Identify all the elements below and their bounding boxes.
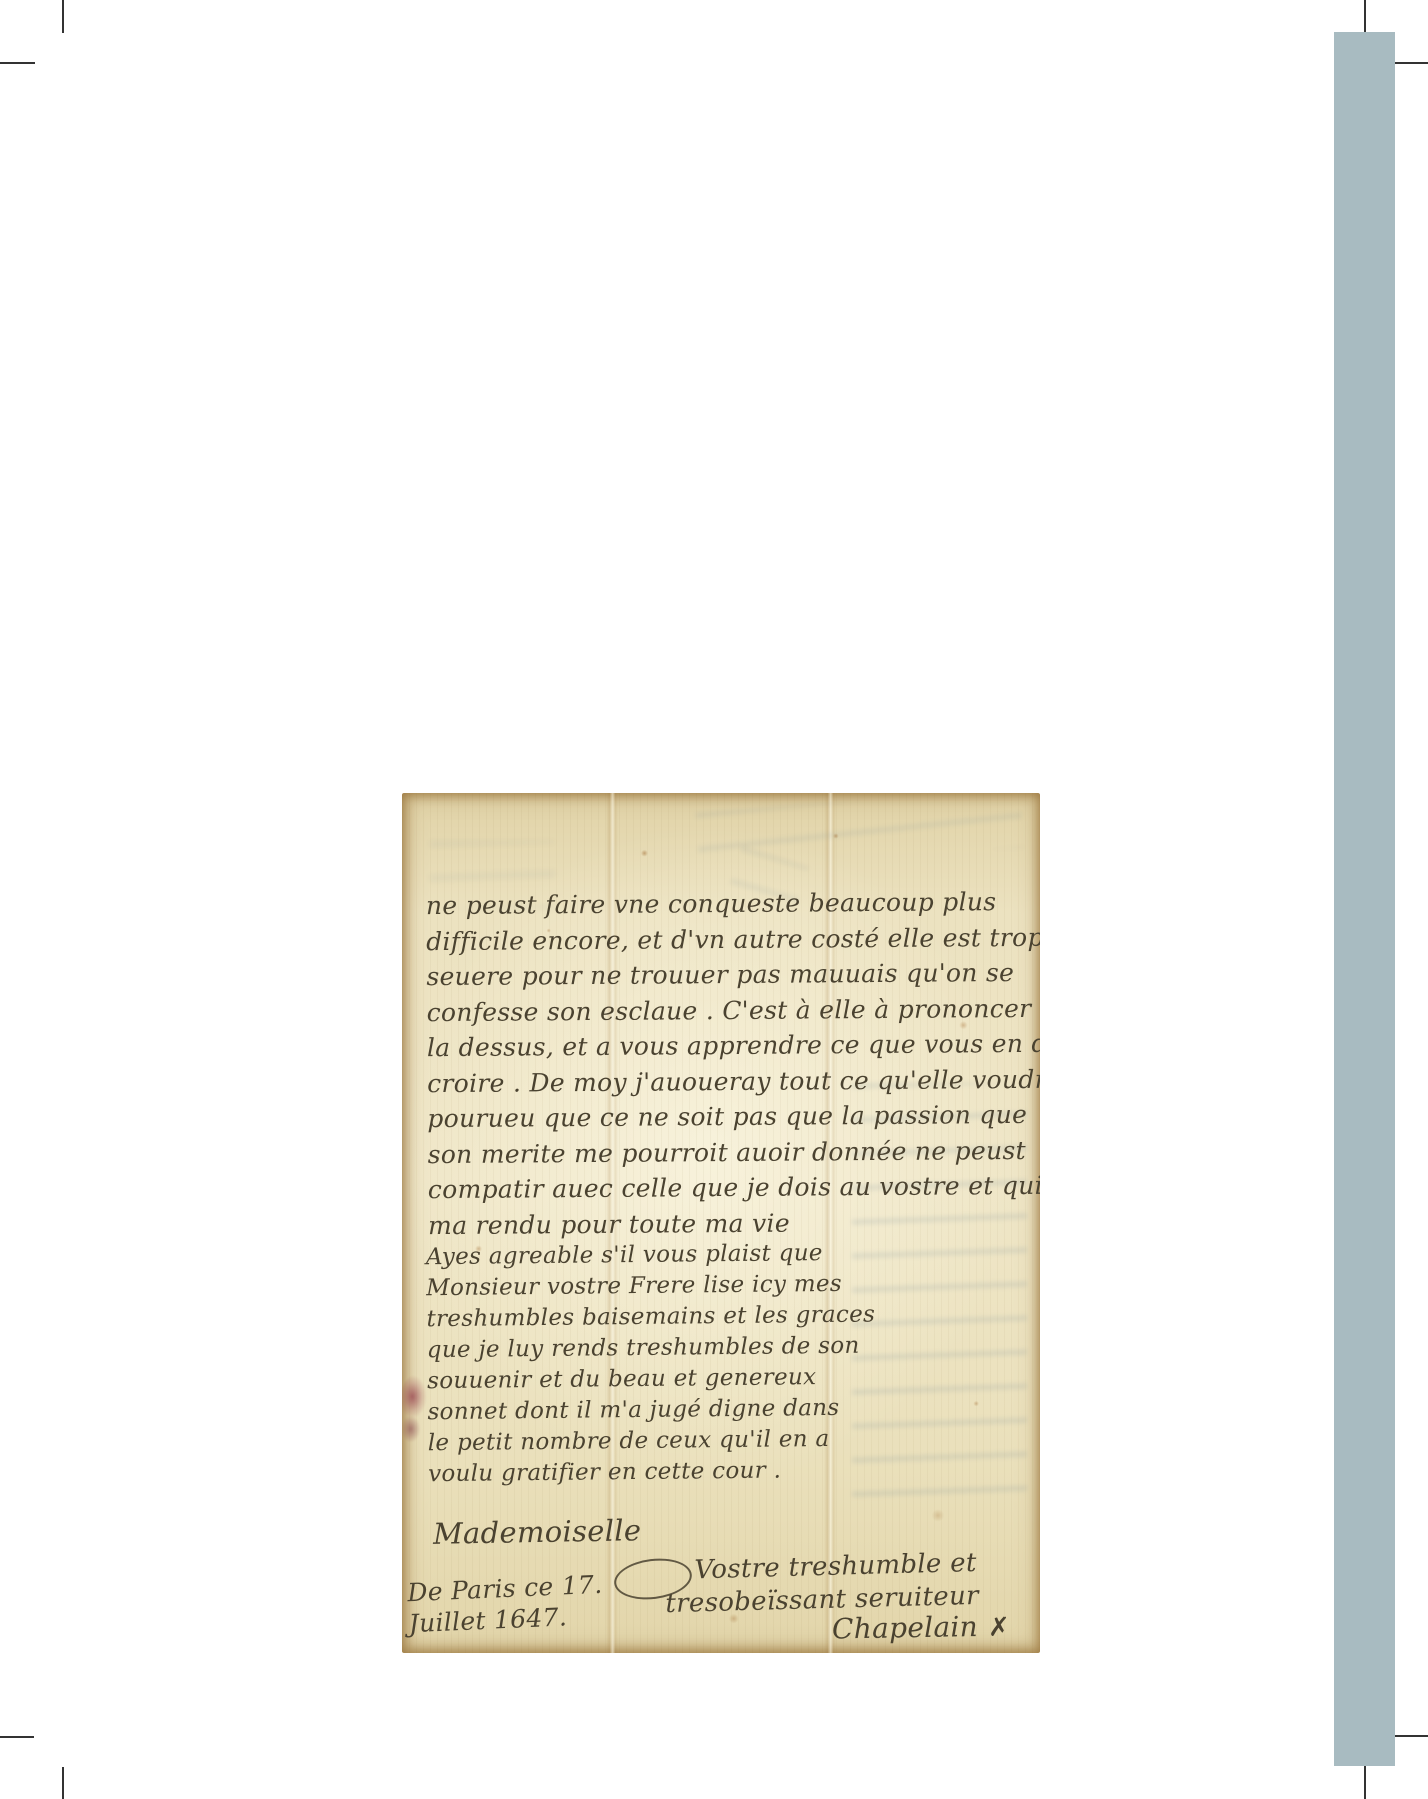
letter-line: la dessus, et a vous apprendre ce que vo… <box>427 1026 1037 1066</box>
letter-line: treshumbles baisemains et les graces <box>426 1300 846 1335</box>
letter-line: seuere pour ne trouuer pas mauuais qu'on… <box>426 955 1036 995</box>
crop-mark-bottom-left-horizontal <box>0 1736 34 1738</box>
letter-line: voulu gratifier en cette cour . <box>428 1455 848 1490</box>
letter-dateline: De Paris ce 17. Juillet 1647. <box>407 1569 605 1639</box>
letter-paragraph-2: Ayes agreable s'il vous plaist queMonsie… <box>426 1238 849 1490</box>
letter-line: pourueu que ce ne soit pas que la passio… <box>427 1097 1037 1137</box>
letter-line: ma rendu pour toute ma vie <box>428 1203 1038 1243</box>
wax-seal-remnant <box>402 1375 430 1447</box>
book-page: ne peust faire vne conqueste beaucoup pl… <box>0 0 1428 1799</box>
ink-show-through-top <box>695 793 1023 870</box>
letter-line: compatir auec celle que je dois au vostr… <box>428 1168 1038 1208</box>
letter-line: ne peust faire vne conqueste beaucoup pl… <box>426 884 1036 924</box>
letter-line: difficile encore, et d'vn autre costé el… <box>426 919 1036 959</box>
letter-line: croire . De moy j'auoueray tout ce qu'el… <box>427 1061 1037 1101</box>
crop-mark-top-left-vertical <box>62 0 64 33</box>
letter-line: Ayes agreable s'il vous plaist que <box>426 1238 846 1273</box>
crop-mark-bottom-left-vertical <box>62 1767 64 1799</box>
letter-line: que je luy rends treshumbles de son <box>427 1331 847 1366</box>
letter-line: son merite me pourroit auoir donnée ne p… <box>428 1132 1038 1172</box>
letter-line: confesse son esclaue . C'est à elle à pr… <box>427 990 1037 1030</box>
letter-line: Monsieur vostre Frere lise icy mes <box>426 1269 846 1304</box>
letter-line: sonnet dont il m'a jugé digne dans <box>427 1393 847 1428</box>
letter-scan: ne peust faire vne conqueste beaucoup pl… <box>402 793 1040 1653</box>
crop-mark-top-right-vertical <box>1364 0 1366 32</box>
crop-mark-bottom-right-vertical <box>1364 1766 1366 1799</box>
crop-mark-top-right-horizontal <box>1394 62 1428 64</box>
letter-line: souuenir et du beau et genereux <box>427 1362 847 1397</box>
signature-paraph-icon: ✗ <box>988 1612 1011 1642</box>
crop-mark-top-left-horizontal <box>0 62 35 64</box>
accent-bar <box>1334 32 1395 1766</box>
signature-name: Chapelain <box>832 1610 979 1646</box>
letter-paragraph-1: ne peust faire vne conqueste beaucoup pl… <box>426 884 1038 1243</box>
letter-signature: Chapelain✗ <box>832 1609 1011 1645</box>
letter-line: le petit nombre de ceux qu'il en a <box>428 1424 848 1459</box>
letter-salutation: Mademoiselle <box>433 1513 642 1551</box>
crop-mark-bottom-right-horizontal <box>1395 1735 1428 1737</box>
